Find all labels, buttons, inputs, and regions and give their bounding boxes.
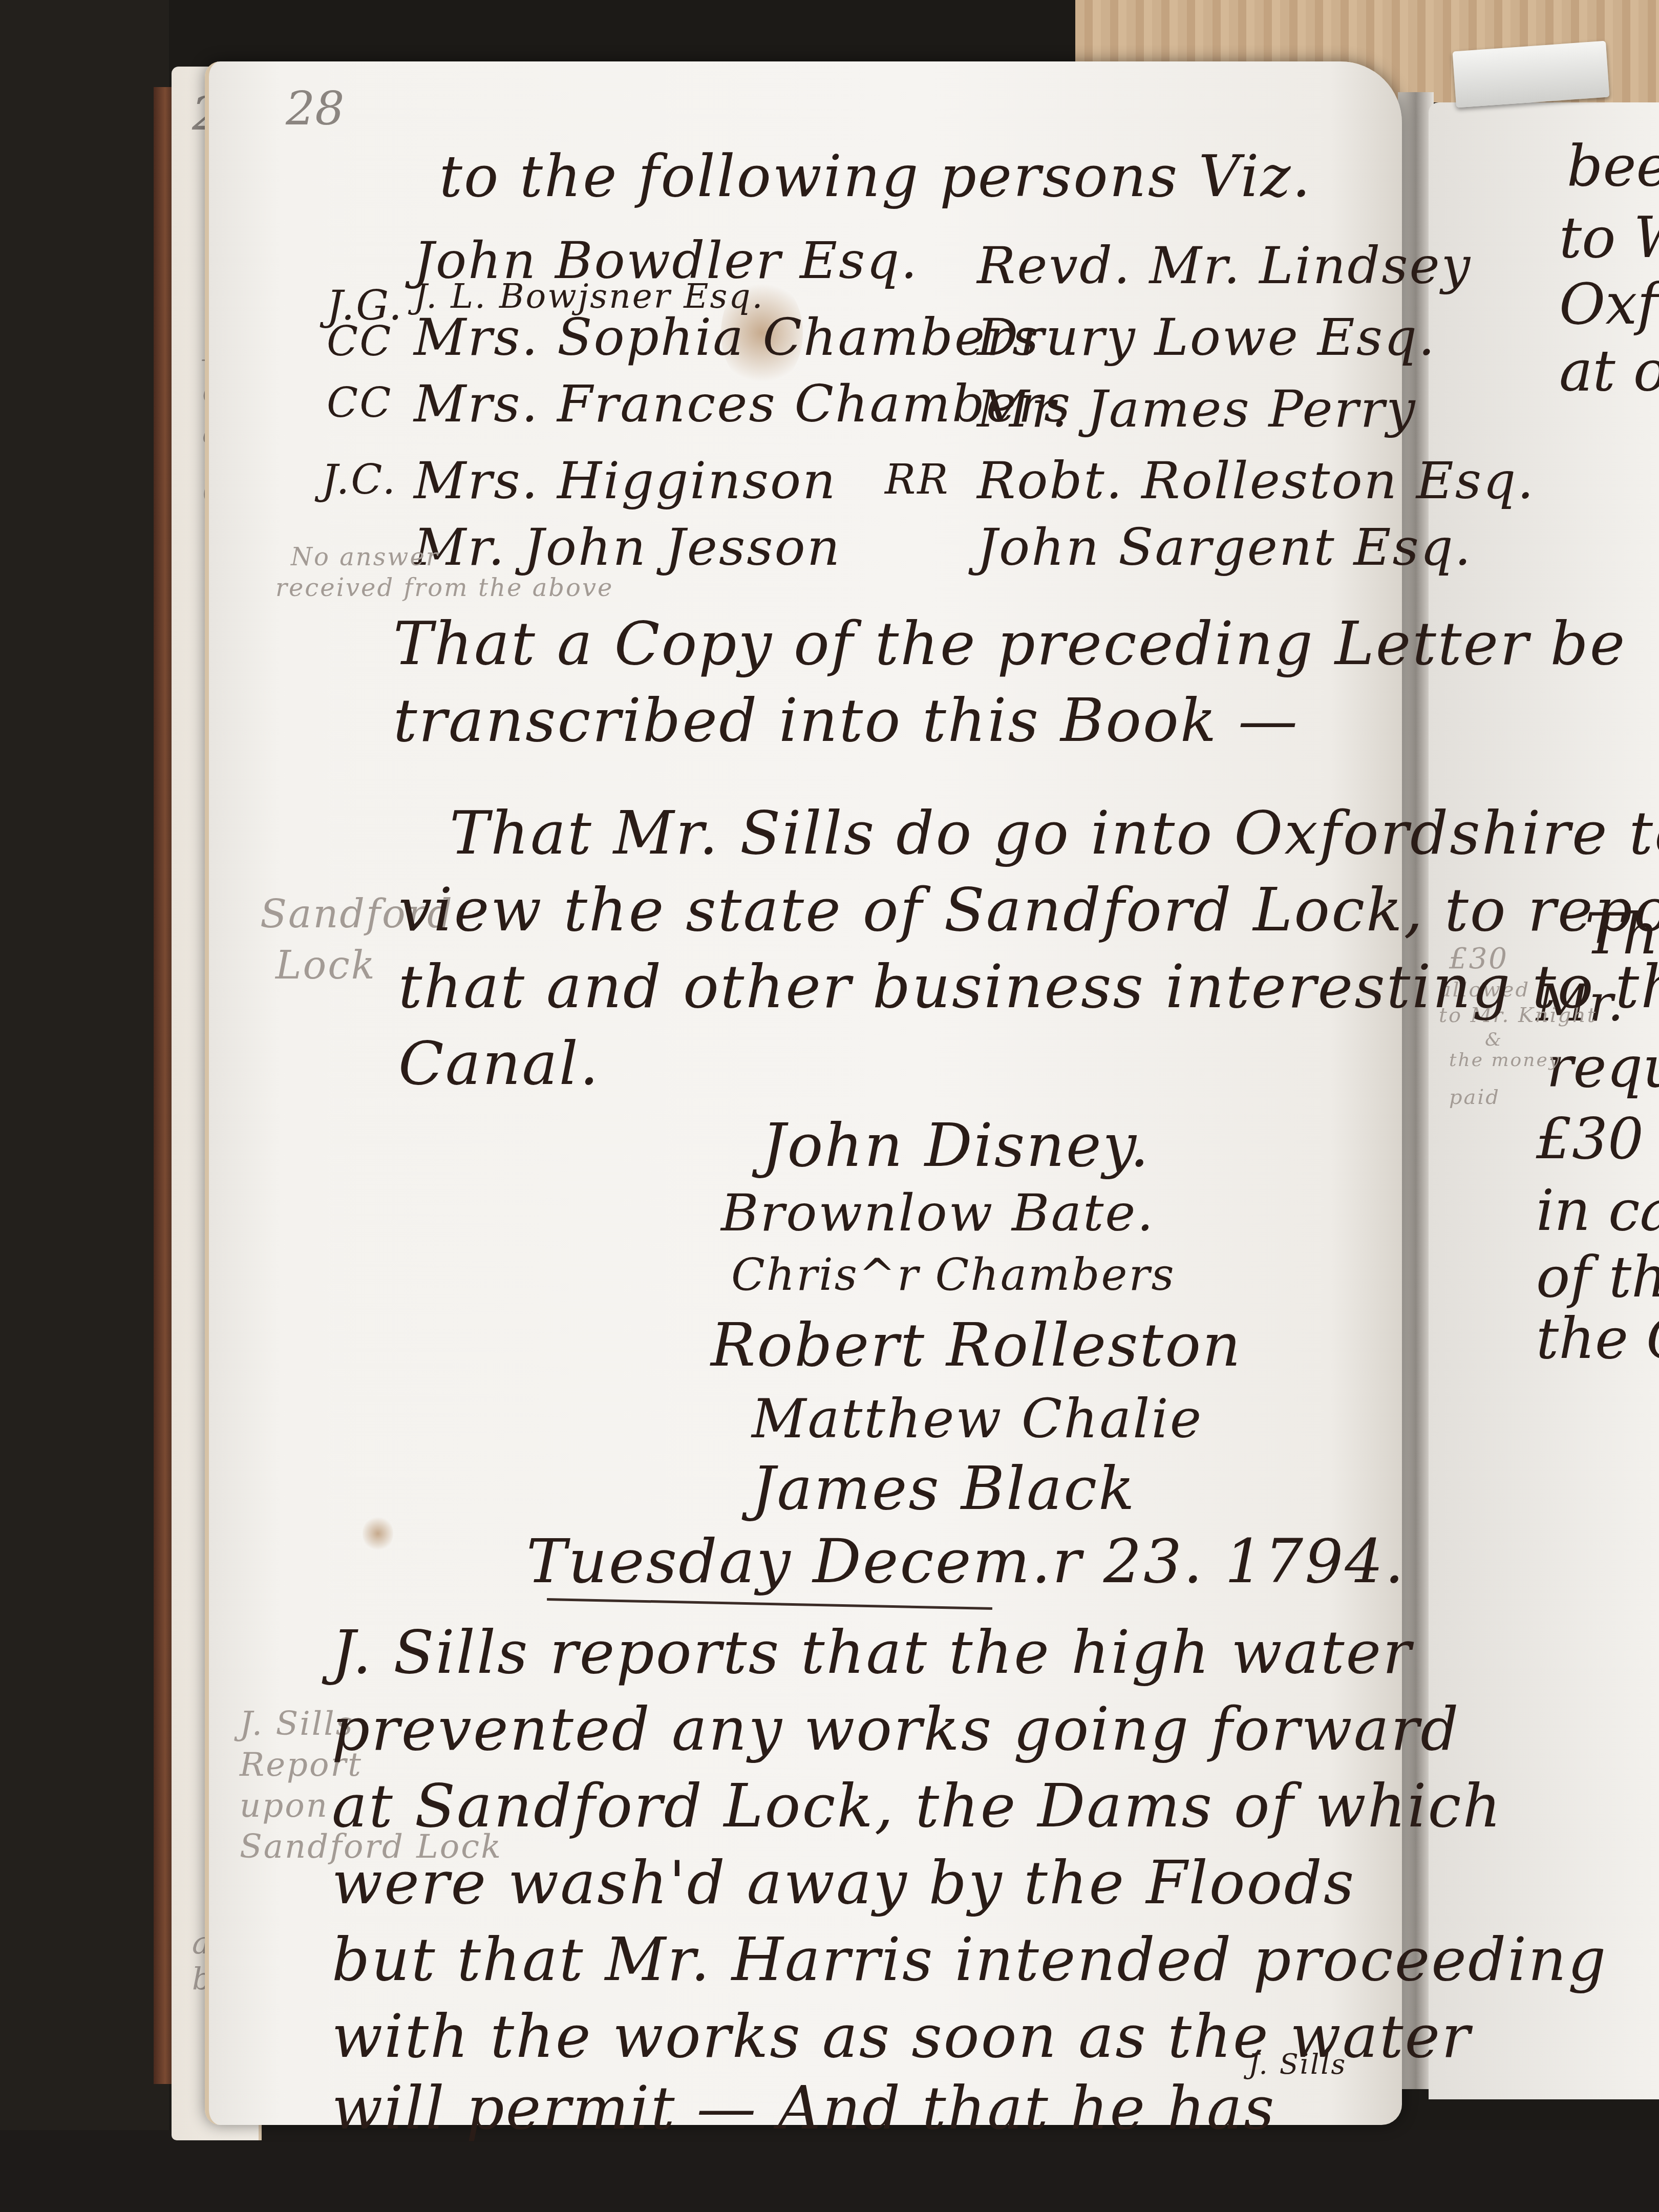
margin-note-lock: Lock xyxy=(275,942,376,988)
signature: Chris^r Chambers xyxy=(731,1249,1176,1301)
report-line: J. Sills reports that the high water xyxy=(332,1618,1413,1687)
signature: Robert Rolleston xyxy=(711,1311,1242,1380)
report-line: were wash'd away by the Floods xyxy=(332,1848,1355,1918)
signature: Brownlow Bate. xyxy=(721,1183,1155,1243)
recipient-name: Drury Lowe Esq. xyxy=(977,307,1436,367)
report-line: prevented any works going forward xyxy=(332,1695,1460,1764)
resolution-line: Canal. xyxy=(398,1029,600,1098)
facing-page-fragment: Oxf xyxy=(1559,271,1658,337)
foxing-stain xyxy=(363,1516,393,1551)
recipient-name: Mrs. Higginson xyxy=(414,451,837,511)
facing-margin-note: paid xyxy=(1449,1086,1500,1109)
recipient-name: Mrs. Frances Chambers xyxy=(414,374,1072,434)
margin-note: No answer xyxy=(291,543,439,571)
recipient-name: Robt. Rolleston Esq. xyxy=(977,451,1535,511)
page-number: 28 xyxy=(286,82,345,136)
report-line: at Sandford Lock, the Dams of which xyxy=(332,1772,1502,1841)
paper-clip-marker xyxy=(1453,41,1610,108)
report-line: will permit — And that he has xyxy=(332,2074,1275,2143)
recipient-name: Mr. James Perry xyxy=(977,379,1417,439)
resolution-line: that and other business interesting to t… xyxy=(398,952,1659,1022)
signature: James Black xyxy=(752,1454,1136,1523)
margin-note-report: upon xyxy=(240,1787,329,1825)
recipient-name: Mrs. Sophia Chambers xyxy=(414,307,1040,367)
recipient-name: John Sargent Esq. xyxy=(977,517,1473,577)
resolution-line: transcribed into this Book — xyxy=(393,686,1299,755)
opening-line: to the following persons Viz. xyxy=(439,143,1312,210)
facing-page-fragment: bee xyxy=(1567,133,1659,199)
heading-underline xyxy=(547,1598,992,1610)
facing-page-fragment: requ xyxy=(1546,1034,1659,1100)
margin-note: received from the above xyxy=(275,573,614,602)
facing-page-fragment: at o xyxy=(1559,338,1659,403)
meeting-date-heading: Tuesday Decem.r 23. 1794. xyxy=(526,1526,1406,1597)
dark-cloth-background xyxy=(0,0,169,2212)
resolution-line: view the state of Sandford Lock, to repo… xyxy=(398,876,1659,945)
facing-page-fragment: £30 xyxy=(1536,1106,1644,1172)
recipient-initials: J.C. xyxy=(322,456,397,503)
recipient-name: Revd. Mr. Lindsey xyxy=(977,236,1472,295)
facing-margin-note: & xyxy=(1485,1029,1503,1050)
signature: John Disney. xyxy=(762,1111,1151,1180)
resolution-line: That Mr. Sills do go into Oxfordshire to xyxy=(450,799,1659,868)
recipient-name: Mr. John Jesson xyxy=(414,517,841,577)
facing-page-fragment: to W xyxy=(1559,205,1659,270)
manuscript-page: 28 to the following persons Viz. John Bo… xyxy=(205,61,1402,2125)
recipient-initials: CC xyxy=(327,317,392,365)
report-line: but that Mr. Harris intended proceeding xyxy=(332,1925,1607,1994)
signature: Matthew Chalie xyxy=(752,1388,1203,1450)
recipient-initials: CC xyxy=(327,379,392,427)
facing-margin-note: the money xyxy=(1449,1050,1561,1071)
facing-page-fragment: of the xyxy=(1536,1244,1659,1310)
recipient-initials: RR xyxy=(885,456,949,503)
resolution-line: That a Copy of the preceding Letter be xyxy=(393,609,1626,678)
facing-page-fragment: the Co xyxy=(1536,1306,1659,1371)
facing-page-fragment: in ca xyxy=(1536,1178,1659,1243)
